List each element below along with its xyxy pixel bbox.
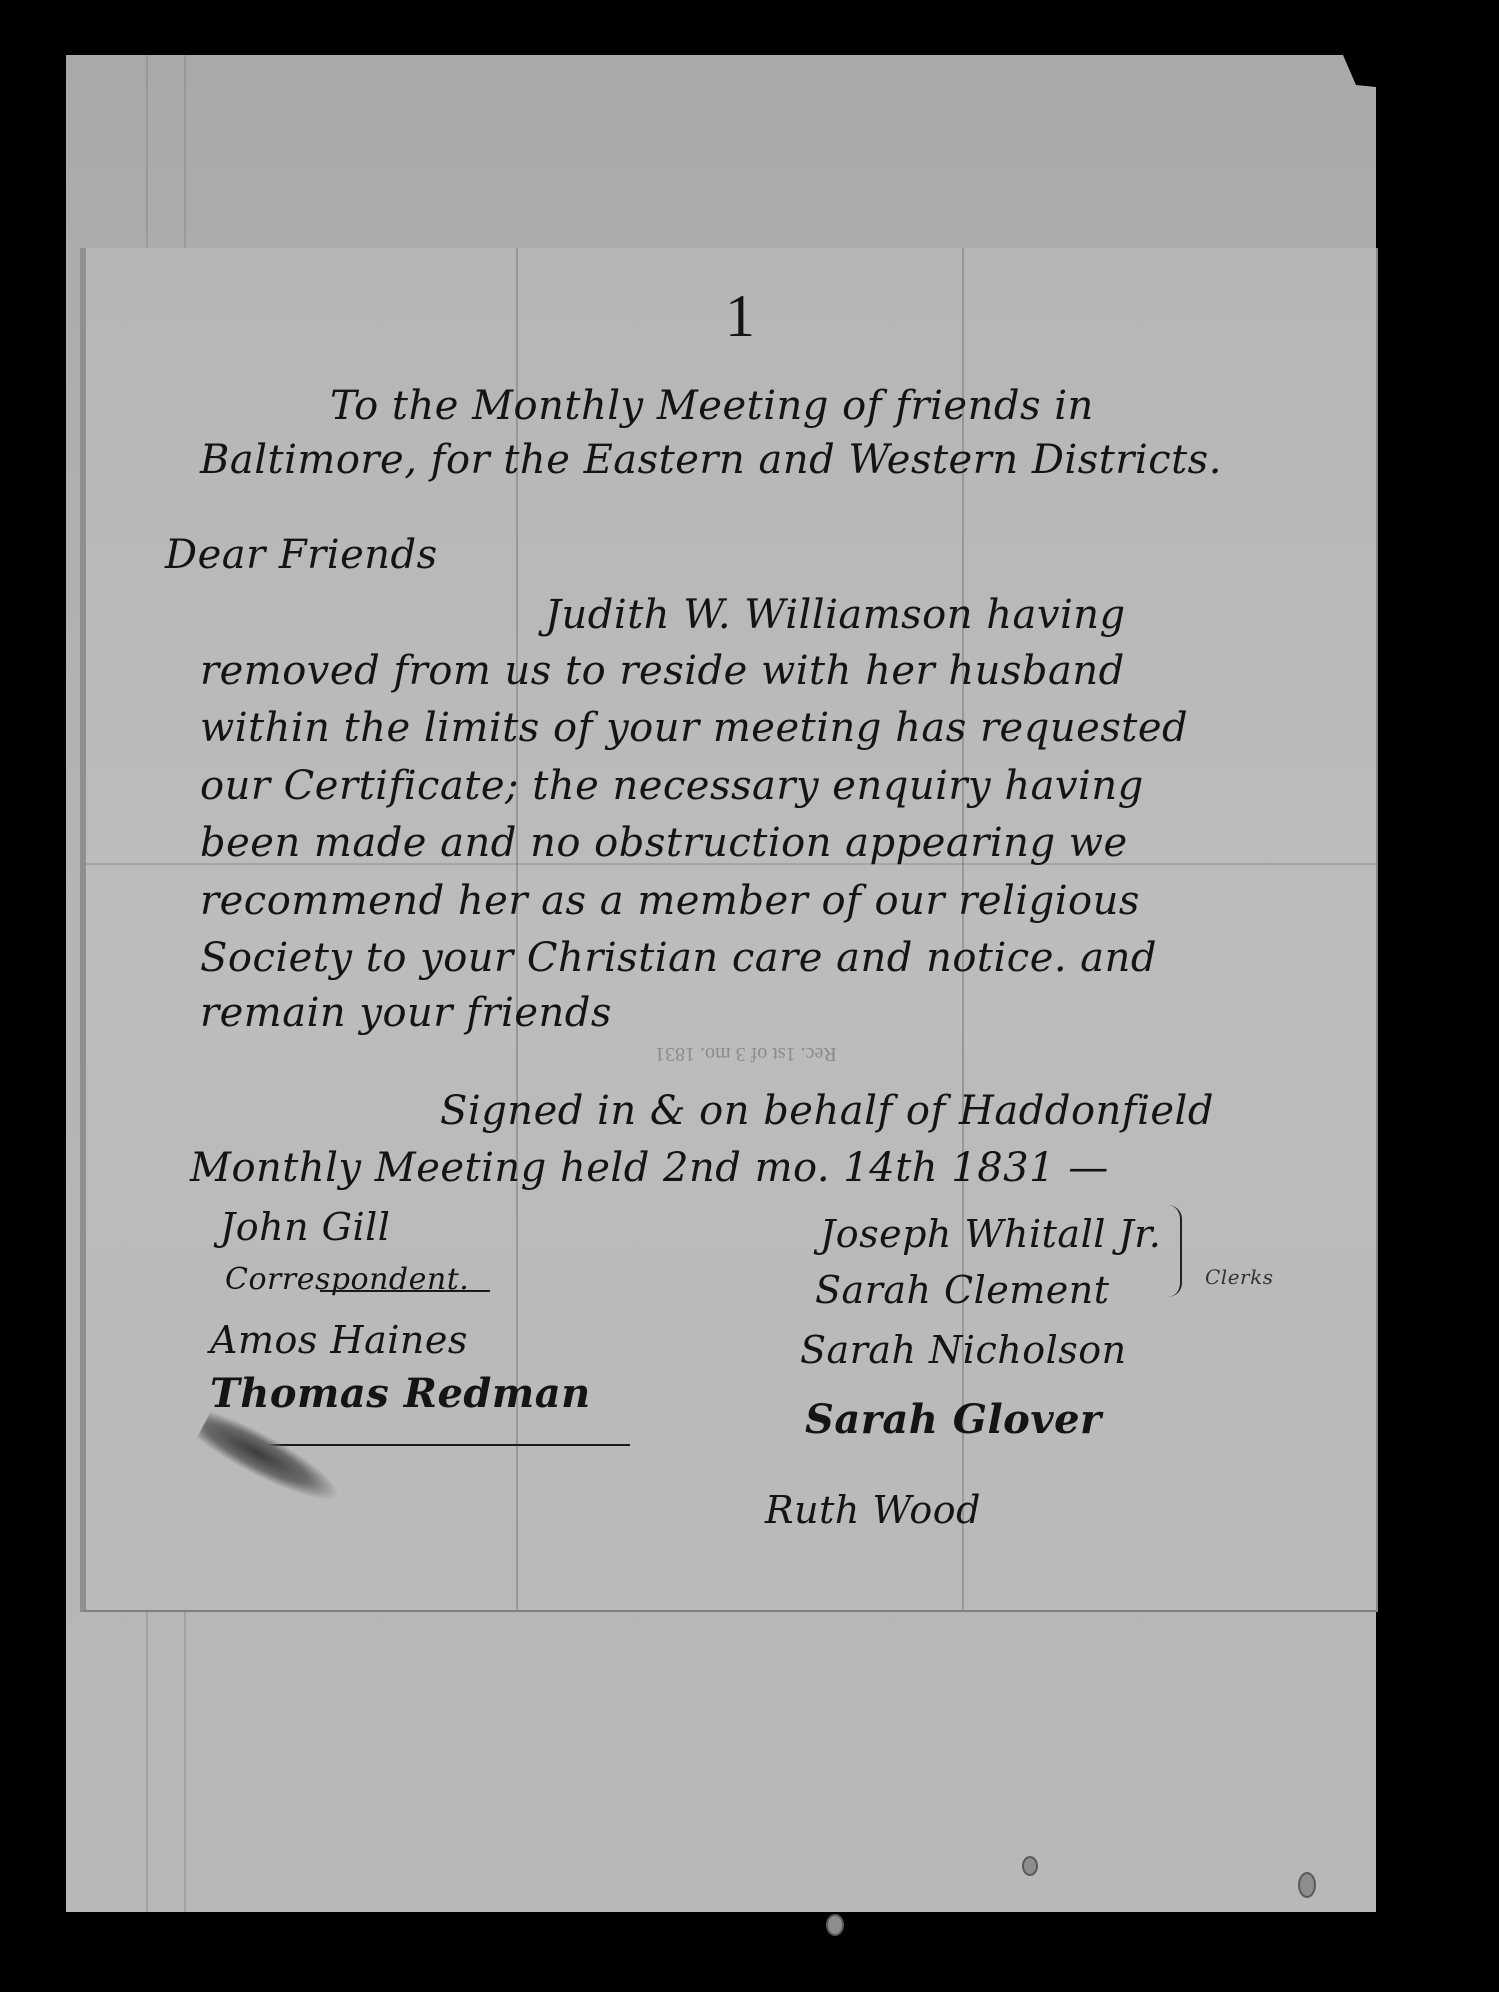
signature-sarah-clement: Sarah Clement xyxy=(815,1268,1110,1312)
signature-joseph-whitall: Joseph Whitall Jr. xyxy=(820,1212,1161,1256)
paper-spot xyxy=(1022,1856,1038,1876)
salutation: Dear Friends xyxy=(165,532,438,578)
clerks-label: Clerks xyxy=(1205,1265,1273,1289)
body-line: removed from us to reside with her husba… xyxy=(200,648,1125,694)
body-line: our Certificate; the necessary enquiry h… xyxy=(200,763,1144,809)
body-line: been made and no obstruction appearing w… xyxy=(200,820,1128,866)
receipt-stamp: Rec. 1st of 3 mo. 1831 xyxy=(655,1042,837,1065)
signature-sarah-glover: Sarah Glover xyxy=(805,1396,1102,1443)
clerks-bracket xyxy=(1166,1205,1182,1297)
address-line: Baltimore, for the Eastern and Western D… xyxy=(200,437,1222,483)
address-line: To the Monthly Meeting of friends in xyxy=(330,383,1094,429)
underline xyxy=(240,1444,630,1446)
body-line: recommend her as a member of our religio… xyxy=(200,878,1140,924)
paper-spot xyxy=(826,1914,844,1936)
body-line: remain your friends xyxy=(200,990,612,1036)
underline xyxy=(320,1290,490,1292)
page-number: 1 xyxy=(725,282,756,351)
body-line: Society to your Christian care and notic… xyxy=(200,935,1157,981)
signature-ruth-wood: Ruth Wood xyxy=(765,1488,981,1532)
body-line: within the limits of your meeting has re… xyxy=(200,705,1188,751)
signature-amos-haines: Amos Haines xyxy=(210,1318,468,1362)
paper-spot xyxy=(1298,1872,1316,1898)
signature-thomas-redman: Thomas Redman xyxy=(210,1370,591,1417)
signature-sarah-nicholson: Sarah Nicholson xyxy=(800,1328,1127,1372)
closing-line: Monthly Meeting held 2nd mo. 14th 1831 — xyxy=(190,1145,1109,1191)
signature-john-gill: John Gill xyxy=(220,1205,390,1249)
closing-line: Signed in & on behalf of Haddonfield xyxy=(440,1088,1214,1134)
body-line: Judith W. Williamson having xyxy=(545,592,1126,638)
